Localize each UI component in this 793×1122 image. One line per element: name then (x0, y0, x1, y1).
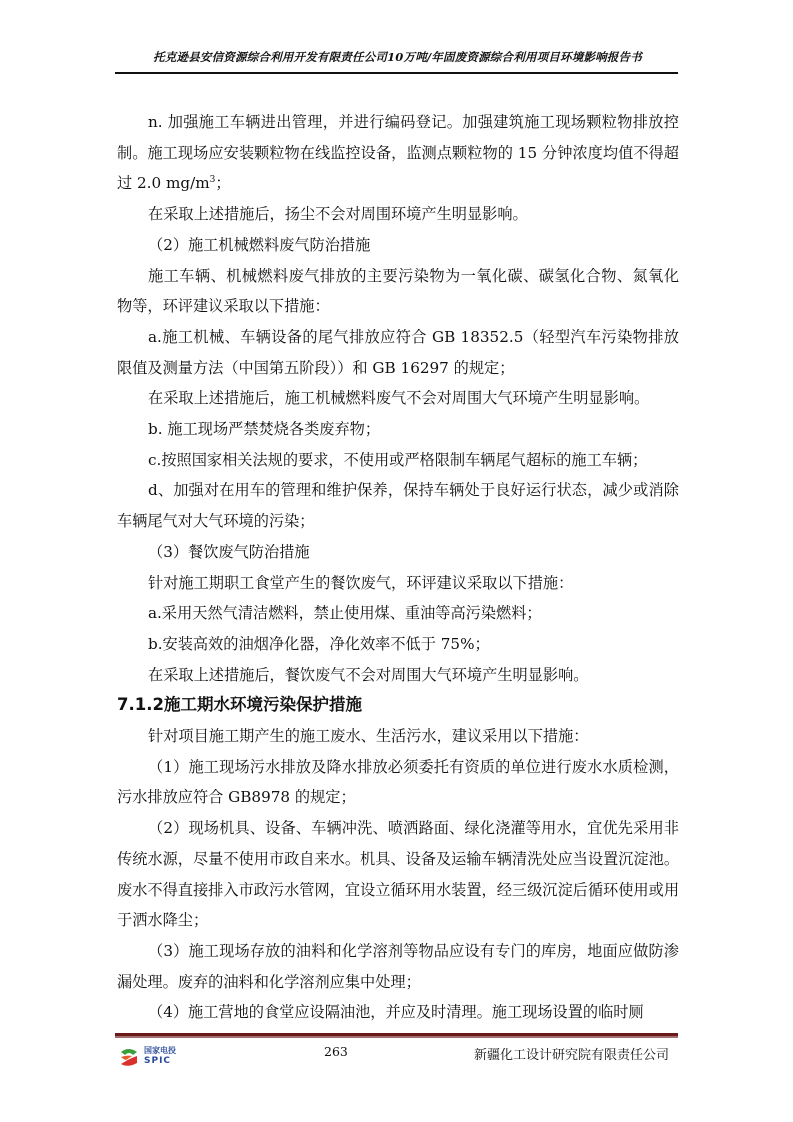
page-number: 263 (324, 1044, 348, 1059)
paragraph: b.安装高效的油烟净化器，净化效率不低于 75%； (117, 629, 679, 660)
paragraph: c.按照国家相关法规的要求，不使用或严格限制车辆尾气超标的施工车辆； (117, 445, 679, 476)
section-heading-7-1-2: 7.1.2施工期水环境污染保护措施 (117, 690, 679, 721)
paragraph: b. 施工现场严禁焚烧各类废弃物； (117, 414, 679, 445)
paragraph: d、加强对在用车的管理和维护保养，保持车辆处于良好运行状态，减少或消除车辆尾气对… (117, 475, 679, 536)
paragraph: a.采用天然气清洁燃料，禁止使用煤、重油等高污染燃料； (117, 598, 679, 629)
paragraph: （2）现场机具、设备、车辆冲洗、喷洒路面、绿化浇灌等用水，宜优先采用非传统水源，… (117, 813, 679, 936)
paragraph: （3）施工现场存放的油料和化学溶剂等物品应设有专门的库房，地面应做防渗漏处理。废… (117, 936, 679, 997)
header-divider (115, 72, 678, 74)
footer-divider-shadow (115, 1036, 678, 1038)
paragraph: 在采取上述措施后，餐饮废气不会对周围大气环境产生明显影响。 (117, 660, 679, 691)
paragraph: 施工车辆、机械燃料废气排放的主要污染物为一氧化碳、碳氢化合物、氮氧化物等，环评建… (117, 261, 679, 322)
logo-english-text: SPIC (144, 1056, 171, 1066)
subheading-catering-exhaust: （3）餐饮废气防治措施 (117, 537, 679, 568)
subheading-machinery-exhaust: （2）施工机械燃料废气防治措施 (117, 230, 679, 261)
paragraph: （4）施工营地的食堂应设隔油池，并应及时清理。施工现场设置的临时厕 (117, 997, 679, 1028)
document-body: n. 加强施工车辆进出管理，并进行编码登记。加强建筑施工现场颗粒物排放控制。施工… (117, 107, 679, 1028)
document-header-title: 托克逊县安信资源综合利用开发有限责任公司10万吨/年固废资源综合利用项目环境影响… (115, 49, 680, 65)
paragraph-n-dust-control: n. 加强施工车辆进出管理，并进行编码登记。加强建筑施工现场颗粒物排放控制。施工… (117, 107, 679, 199)
paragraph: 针对施工期职工食堂产生的餐饮废气，环评建议采取以下措施： (117, 568, 679, 599)
spic-logo-icon (118, 1046, 140, 1068)
paragraph: （1）施工现场污水排放及降水排放必须委托有资质的单位进行废水水质检测，污水排放应… (117, 752, 679, 813)
spic-logo: 国家电投 SPIC (118, 1044, 188, 1070)
logo-chinese-text: 国家电投 (144, 1045, 176, 1056)
paragraph: 在采取上述措施后，扬尘不会对周围环境产生明显影响。 (117, 199, 679, 230)
paragraph: 在采取上述措施后，施工机械燃料废气不会对周围大气环境产生明显影响。 (117, 383, 679, 414)
footer-organization: 新疆化工设计研究院有限责任公司 (474, 1044, 669, 1063)
paragraph: a.施工机械、车辆设备的尾气排放应符合 GB 18352.5（轻型汽车污染物排放… (117, 322, 679, 383)
paragraph: 针对项目施工期产生的施工废水、生活污水，建议采用以下措施： (117, 721, 679, 752)
